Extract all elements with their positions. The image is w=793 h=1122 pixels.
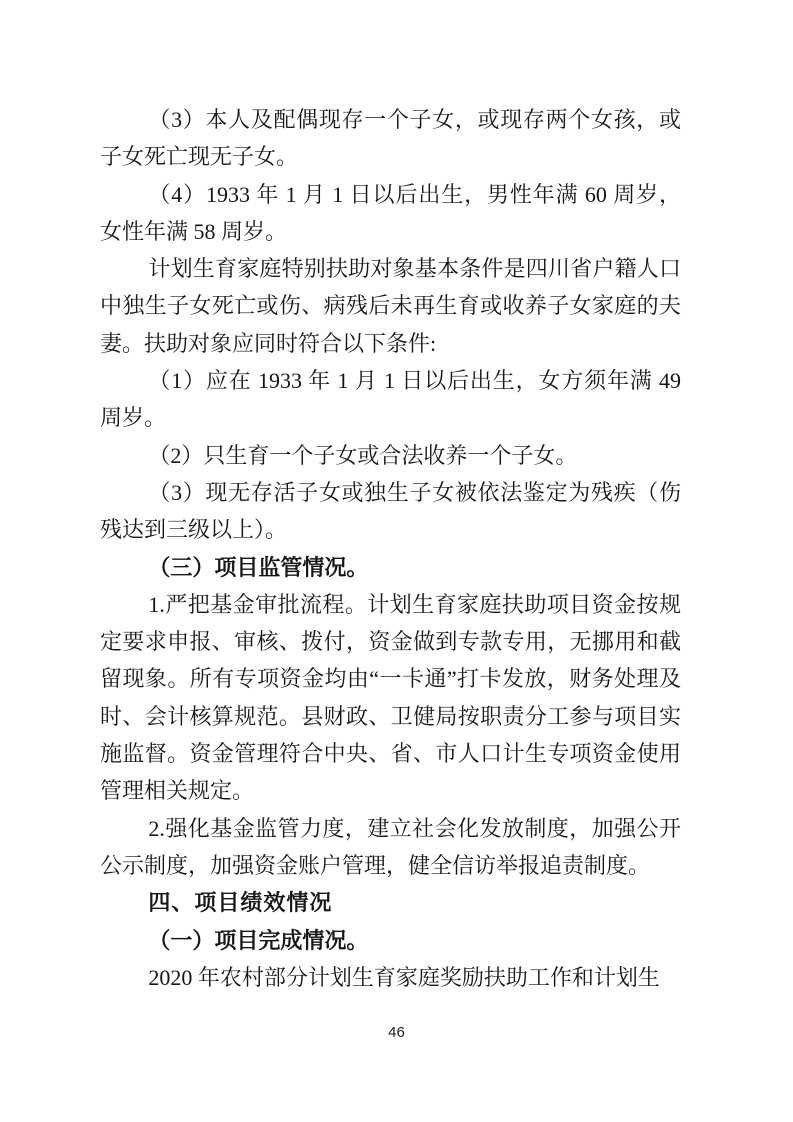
body-paragraph: （1）应在 1933 年 1 月 1 日以后出生，女方须年满 49 周岁。 <box>100 362 681 437</box>
body-paragraph: 2.强化基金监管力度，建立社会化发放制度，加强公开公示制度，加强资金账户管理，健… <box>100 810 681 885</box>
body-paragraph: （3）现无存活子女或独生子女被依法鉴定为残疾（伤残达到三级以上）。 <box>100 474 681 549</box>
body-paragraph: （4）1933 年 1 月 1 日以后出生，男性年满 60 周岁，女性年满 58… <box>100 176 681 251</box>
chapter-heading-performance: 四、项目绩效情况 <box>100 884 681 921</box>
body-paragraph: 2020 年农村部分计划生育家庭奖励扶助工作和计划生 <box>100 959 681 996</box>
body-paragraph: （2）只生育一个子女或合法收养一个子女。 <box>100 437 681 474</box>
body-paragraph: 计划生育家庭特别扶助对象基本条件是四川省户籍人口中独生子女死亡或伤、病残后未再生… <box>100 250 681 362</box>
page-number: 46 <box>0 1024 793 1041</box>
body-paragraph: 1.严把基金审批流程。计划生育家庭扶助项目资金按规定要求申报、审核、拨付，资金做… <box>100 586 681 810</box>
document-page: （3）本人及配偶现存一个子女，或现存两个女孩，或子女死亡现无子女。 （4）193… <box>0 0 793 1122</box>
body-paragraph: （3）本人及配偶现存一个子女，或现存两个女孩，或子女死亡现无子女。 <box>100 101 681 176</box>
section-heading-completion: （一）项目完成情况。 <box>100 922 681 959</box>
section-heading-supervision: （三）项目监管情况。 <box>100 549 681 586</box>
document-body: （3）本人及配偶现存一个子女，或现存两个女孩，或子女死亡现无子女。 （4）193… <box>100 101 681 996</box>
